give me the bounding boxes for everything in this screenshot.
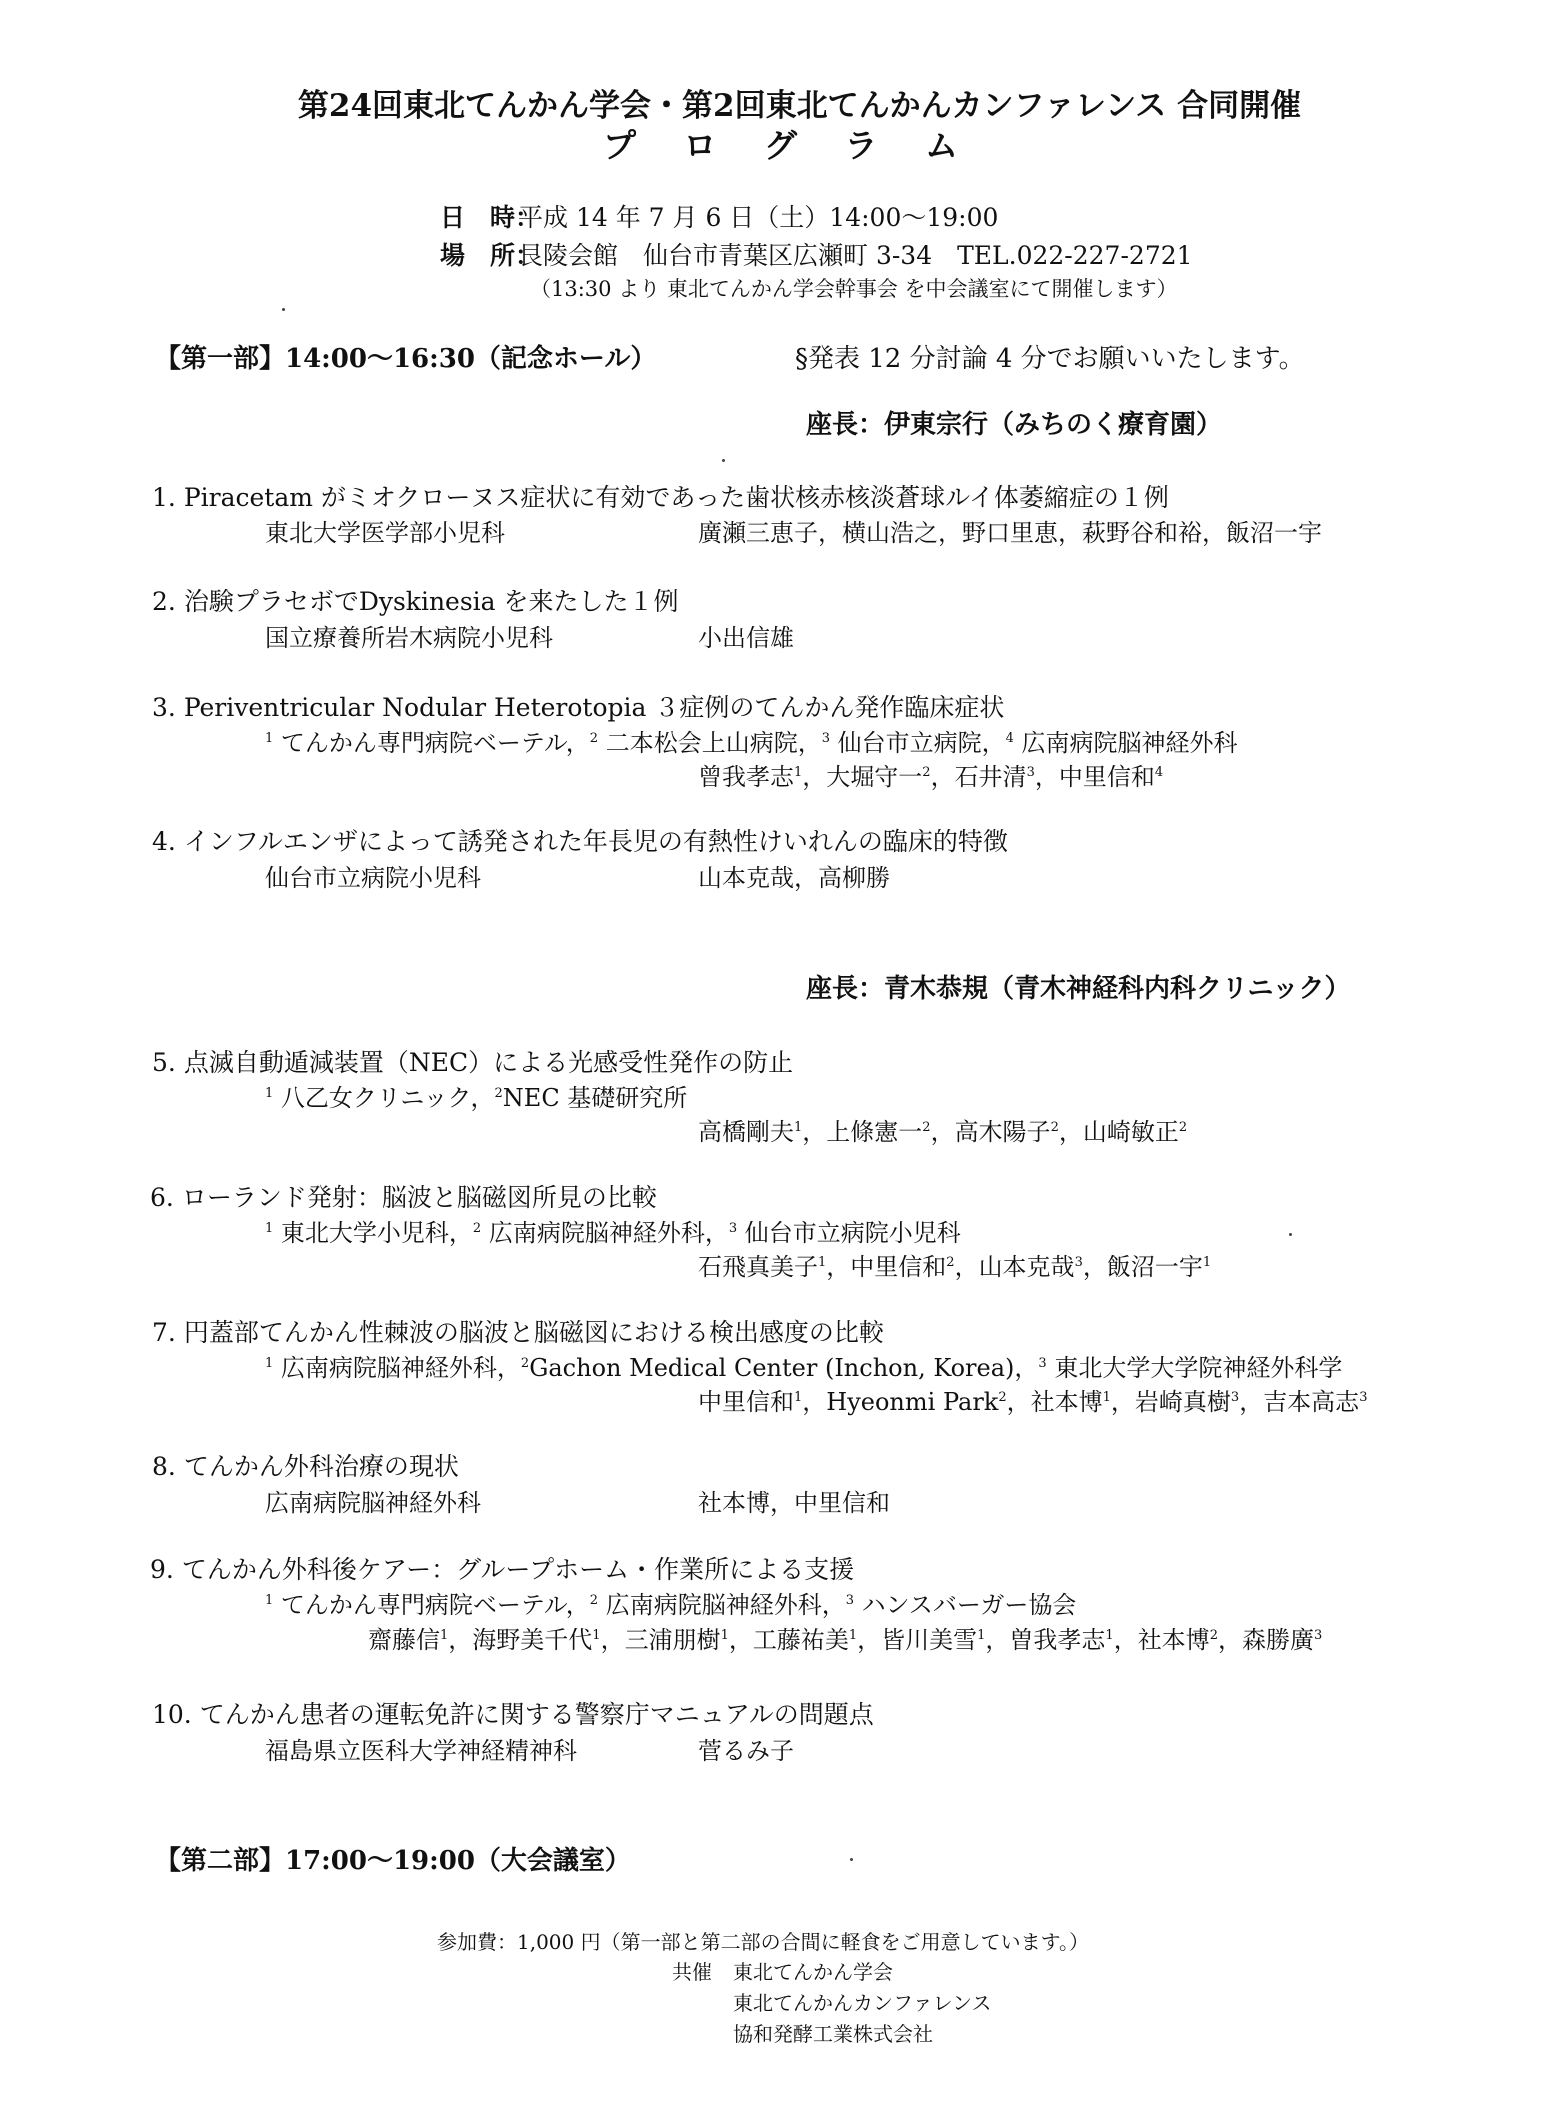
presentation-4-affiliation: 仙台市立病院小児科 (265, 858, 481, 893)
presentation-4-authors: 山本克哉，高柳勝 (698, 858, 890, 893)
presentation-1-title: 1. Piracetam がミオクローヌス症状に有効であった歯状核赤核淡蒼球ルイ… (152, 478, 1169, 514)
scan-speck (850, 1858, 853, 1861)
presentation-9-authors: 齋藤信1，海野美千代1，三浦朋樹1，工藤祐美1，皆川美雪1，曽我孝志1，社本博2… (368, 1620, 1322, 1655)
chair-2: 座長：青木恭規（青木神経科内科クリニック） (806, 968, 1350, 1005)
presentation-1-authors: 廣瀬三恵子，横山浩之，野口里恵，萩野谷和裕，飯沼一宇 (698, 513, 1322, 548)
scan-speck (282, 308, 285, 311)
presentation-4-title: 4. インフルエンザによって誘発された年長児の有熱性けいれんの臨床的特徴 (152, 822, 1008, 858)
chair-1: 座長：伊東宗行（みちのく療育園） (806, 404, 1222, 441)
presentation-10-title: 10. てんかん患者の運転免許に関する警察庁マニュアルの問題点 (152, 1695, 874, 1731)
presentation-7-authors: 中里信和1，Hyeonmi Park2，社本博1，岩崎真樹3，吉本高志3 (698, 1382, 1367, 1417)
event-place: 場 所：艮陵会館 仙台市青葉区広瀬町 3-34 TEL.022-227-2721 (440, 236, 1193, 272)
presentation-6-authors: 石飛真美子1，中里信和2，山本克哉3，飯沼一宇1 (698, 1247, 1211, 1282)
presentation-2-affiliation: 国立療養所岩木病院小児科 (265, 618, 553, 653)
presentation-2-title: 2. 治験プラセボでDyskinesia を来たした１例 (152, 582, 679, 618)
presentation-6-title: 6. ローランド発射：脳波と脳磁図所見の比較 (150, 1178, 657, 1214)
presentation-7-title: 7. 円蓋部てんかん性棘波の脳波と脳磁図における検出感度の比較 (152, 1313, 884, 1349)
part1-heading: 【第一部】14:00〜16:30（記念ホール） (155, 338, 656, 375)
presentation-5-affiliations: 1 八乙女クリニック，2NEC 基礎研究所 (265, 1078, 687, 1113)
presentation-8-title: 8. てんかん外科治療の現状 (152, 1447, 459, 1483)
scan-speck (1289, 1233, 1292, 1236)
presentation-7-affiliations: 1 広南病院脳神経外科，2Gachon Medical Center (Inch… (265, 1348, 1342, 1383)
presentation-8-authors: 社本博，中里信和 (698, 1483, 890, 1518)
date-value: 平成 14 年 7 月 6 日（土）14:00〜19:00 (518, 203, 998, 232)
event-date: 日 時：平成 14 年 7 月 6 日（土）14:00〜19:00 (440, 198, 998, 234)
cosponsor-2: 東北てんかんカンファレンス (733, 1987, 992, 2016)
cosponsor-3: 協和発酵工業株式会社 (733, 2018, 933, 2047)
presentation-3-authors: 曾我孝志1，大堀守一2，石井清3，中里信和4 (698, 757, 1163, 792)
place-label: 場 所： (440, 236, 518, 272)
date-label: 日 時： (440, 198, 518, 234)
participation-fee: 参加費：1,000 円（第一部と第二部の合間に軽食をご用意しています。） (437, 1926, 1089, 1955)
scan-speck (722, 459, 725, 462)
presentation-time-note: §発表 12 分討論 4 分でお願いいたします。 (795, 338, 1305, 375)
presentation-5-authors: 高橋剛夫1，上條憲一2，高木陽子2，山崎敏正2 (698, 1112, 1187, 1147)
cosponsor-label: 共催 (672, 1956, 712, 1985)
document-subtitle: プ ロ グ ラ ム (0, 120, 1559, 167)
cosponsor-1: 東北てんかん学会 (733, 1956, 893, 1985)
presentation-10-affiliation: 福島県立医科大学神経精神科 (265, 1731, 577, 1766)
presentation-10-authors: 菅るみ子 (698, 1731, 794, 1766)
presentation-3-title: 3. Periventricular Nodular Heterotopia ３… (152, 688, 1004, 724)
part2-heading: 【第二部】17:00〜19:00（大会議室） (155, 1840, 631, 1877)
place-value: 艮陵会館 仙台市青葉区広瀬町 3-34 TEL.022-227-2721 (518, 241, 1193, 270)
presentation-2-authors: 小出信雄 (698, 618, 794, 653)
presentation-9-affiliations: 1 てんかん専門病院ベーテル，2 広南病院脳神経外科，3 ハンスバーガー協会 (265, 1585, 1076, 1620)
presentation-6-affiliations: 1 東北大学小児科，2 広南病院脳神経外科，3 仙台市立病院小児科 (265, 1213, 961, 1248)
presentation-5-title: 5. 点滅自動遁減装置（NEC）による光感受性発作の防止 (152, 1043, 793, 1079)
presentation-8-affiliation: 広南病院脳神経外科 (265, 1483, 481, 1518)
presentation-9-title: 9. てんかん外科後ケアー：グループホーム・作業所による支援 (150, 1550, 854, 1586)
document-title: 第24回東北てんかん学会・第2回東北てんかんカンファレンス 合同開催 (0, 80, 1559, 125)
presentation-1-affiliation: 東北大学医学部小児科 (265, 513, 505, 548)
event-note: （13:30 より 東北てんかん学会幹事会 を中会議室にて開催します） (530, 273, 1178, 303)
presentation-3-affiliations: 1 てんかん専門病院ベーテル，2 二本松会上山病院，3 仙台市立病院，4 広南病… (265, 723, 1238, 758)
